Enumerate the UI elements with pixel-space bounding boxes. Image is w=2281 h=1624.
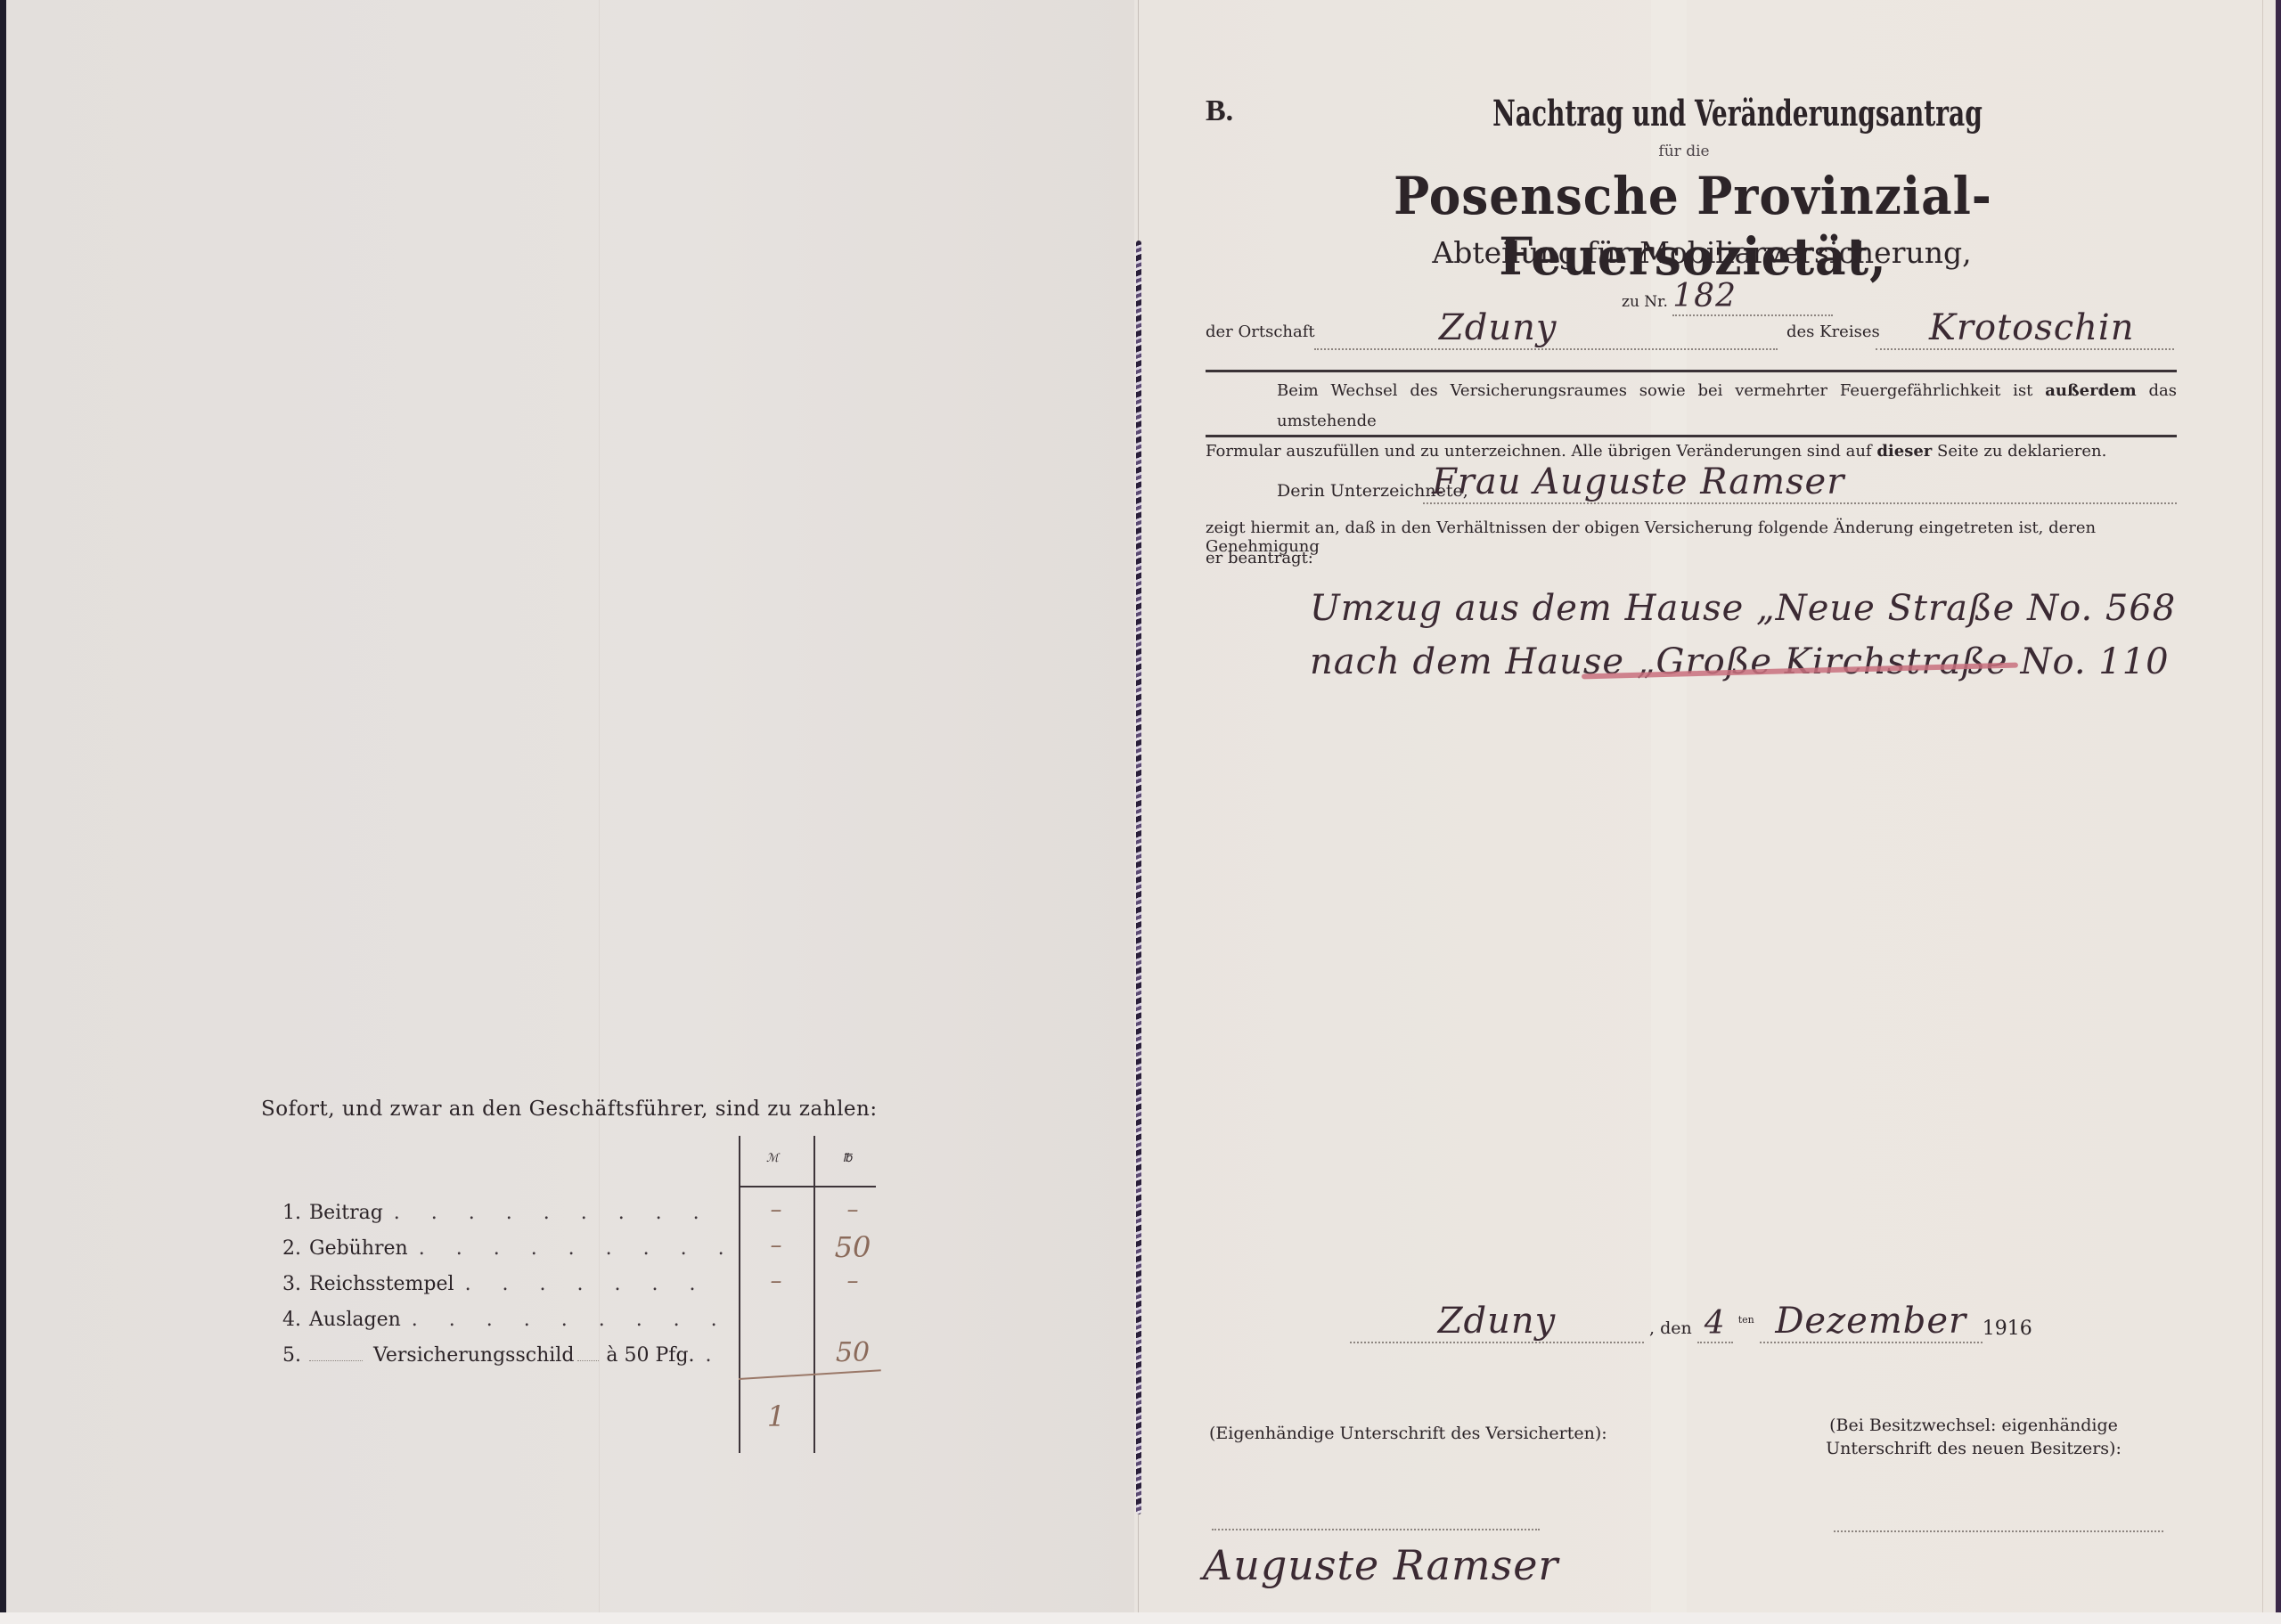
scan-edge-left <box>0 0 6 1612</box>
ortschaft-value: Zduny <box>1314 307 1778 350</box>
beitrag-pfennig: – <box>826 1196 879 1223</box>
place-date-row: Zduny , den 4 ten Dezember 1916 <box>1350 1301 2032 1343</box>
month-value: Dezember <box>1760 1301 1983 1343</box>
row-number: 4. <box>282 1309 306 1331</box>
column-header-pfennig: ℔ <box>830 1152 865 1165</box>
scan-edge-bottom <box>0 1612 2281 1624</box>
kreis-label: des Kreises <box>1786 322 1880 341</box>
row-suffix: à 50 Pfg. <box>606 1344 694 1367</box>
versicherungsschild-pfennig: 50 <box>826 1337 879 1368</box>
day-value: 4 <box>1697 1305 1733 1343</box>
new-owner-signature-line <box>1834 1530 2163 1532</box>
payment-row-reichsstempel: 3. Reichsstempel . . . . . . . . . . . .… <box>282 1273 728 1295</box>
payment-row-gebuehren: 2. Gebühren . . . . . . . . . . . . . <box>282 1237 728 1260</box>
notice-text: Formular auszufüllen und zu unterzeichne… <box>1206 442 1876 461</box>
row-label: Reichsstempel <box>306 1273 454 1295</box>
row-label: Auslagen <box>306 1309 401 1331</box>
declarant-name: Frau Auguste Ramser <box>1423 461 2177 504</box>
payment-table: ℳ ℔ 1. Beitrag . . . . . . . . . . . . .… <box>282 1136 888 1457</box>
gebuehren-pfennig: 50 <box>826 1230 879 1264</box>
ortschaft-label: der Ortschaft <box>1206 322 1315 341</box>
column-divider-mark <box>739 1136 740 1453</box>
row-number: 3. <box>282 1273 306 1295</box>
title-connector: für die <box>1622 143 1746 160</box>
total-rule <box>739 1369 881 1380</box>
leader-dots: . . . . . . . . . . . . . <box>401 1309 728 1331</box>
leader-dots: . . . . . . . . . . . . . <box>383 1202 728 1224</box>
statement-text-end: er beantragt: <box>1206 549 2177 567</box>
place-value: Zduny <box>1350 1301 1644 1343</box>
notice-text: Beim Wechsel des Versicherungsraumes sow… <box>1277 381 2045 400</box>
department-name: Abteilung für Mobiliarversicherung, <box>1354 235 2049 270</box>
notice-emphasis: außerdem <box>2045 381 2136 400</box>
year-value: 1916 <box>1983 1318 2032 1343</box>
section-letter: B. <box>1206 94 1233 128</box>
beitrag-mark: – <box>749 1196 803 1223</box>
date-connector: , den <box>1644 1318 1697 1343</box>
payment-row-beitrag: 1. Beitrag . . . . . . . . . . . . . <box>282 1202 728 1224</box>
row-label: Gebühren <box>306 1237 408 1260</box>
form-title: Nachtrag und Veränderungsantrag <box>1425 93 2050 135</box>
leader-dots: . . . <box>695 1344 728 1367</box>
payment-row-auslagen: 4. Auslagen . . . . . . . . . . . . . <box>282 1309 728 1331</box>
insured-signature: Auguste Ramser <box>1203 1541 1558 1589</box>
page-edge <box>2262 0 2263 1612</box>
column-header-mark: ℳ <box>755 1152 790 1165</box>
row-label: Versicherungsschild <box>370 1344 574 1367</box>
gebuehren-mark: – <box>749 1232 803 1259</box>
instruction-notice: Beim Wechsel des Versicherungsraumes sow… <box>1206 376 2177 467</box>
kreis-value: Krotoschin <box>1876 307 2174 350</box>
total-mark: 1 <box>749 1400 803 1433</box>
binding-cord <box>1136 241 1141 1514</box>
notice-text: Seite zu deklarieren. <box>1932 442 2106 461</box>
notice-emphasis: dieser <box>1876 442 1932 461</box>
scan-edge-right <box>2276 0 2281 1612</box>
payment-row-versicherungsschild: 5. Versicherungsschild à 50 Pfg. . . . <box>282 1344 728 1367</box>
header-rule <box>739 1186 876 1187</box>
insured-signature-label: (Eigenhändige Unterschrift des Versicher… <box>1209 1424 1607 1443</box>
blank-field <box>309 1360 363 1361</box>
change-description-line-2: nach dem Hause „Große Kirchstraße No. 11… <box>1310 641 2170 682</box>
leader-dots: . . . . . . . . . . . . . <box>454 1273 728 1295</box>
leader-dots: . . . . . . . . . . . . . <box>408 1237 728 1260</box>
change-description-line-1: Umzug aus dem Hause „Neue Straße No. 568 <box>1310 588 2176 629</box>
row-number: 2. <box>282 1237 306 1260</box>
payment-heading: Sofort, und zwar an den Geschäftsführer,… <box>261 1098 878 1121</box>
blank-field <box>577 1360 599 1361</box>
day-suffix: ten <box>1733 1314 1760 1343</box>
reichsstempel-mark: – <box>749 1268 803 1294</box>
new-owner-signature-label: (Bei Besitzwechsel: eigenhändige Untersc… <box>1778 1414 2170 1460</box>
column-divider-pfennig <box>813 1136 815 1453</box>
row-number: 5. <box>282 1344 306 1367</box>
insured-signature-line <box>1212 1529 1540 1530</box>
divider-rule-top <box>1206 370 2177 372</box>
row-label: Beitrag <box>306 1202 383 1224</box>
divider-rule-bottom <box>1206 435 2177 437</box>
row-number: 1. <box>282 1202 306 1224</box>
reichsstempel-pfennig: – <box>826 1268 879 1294</box>
left-page: Sofort, und zwar an den Geschäftsführer,… <box>6 0 1134 1612</box>
